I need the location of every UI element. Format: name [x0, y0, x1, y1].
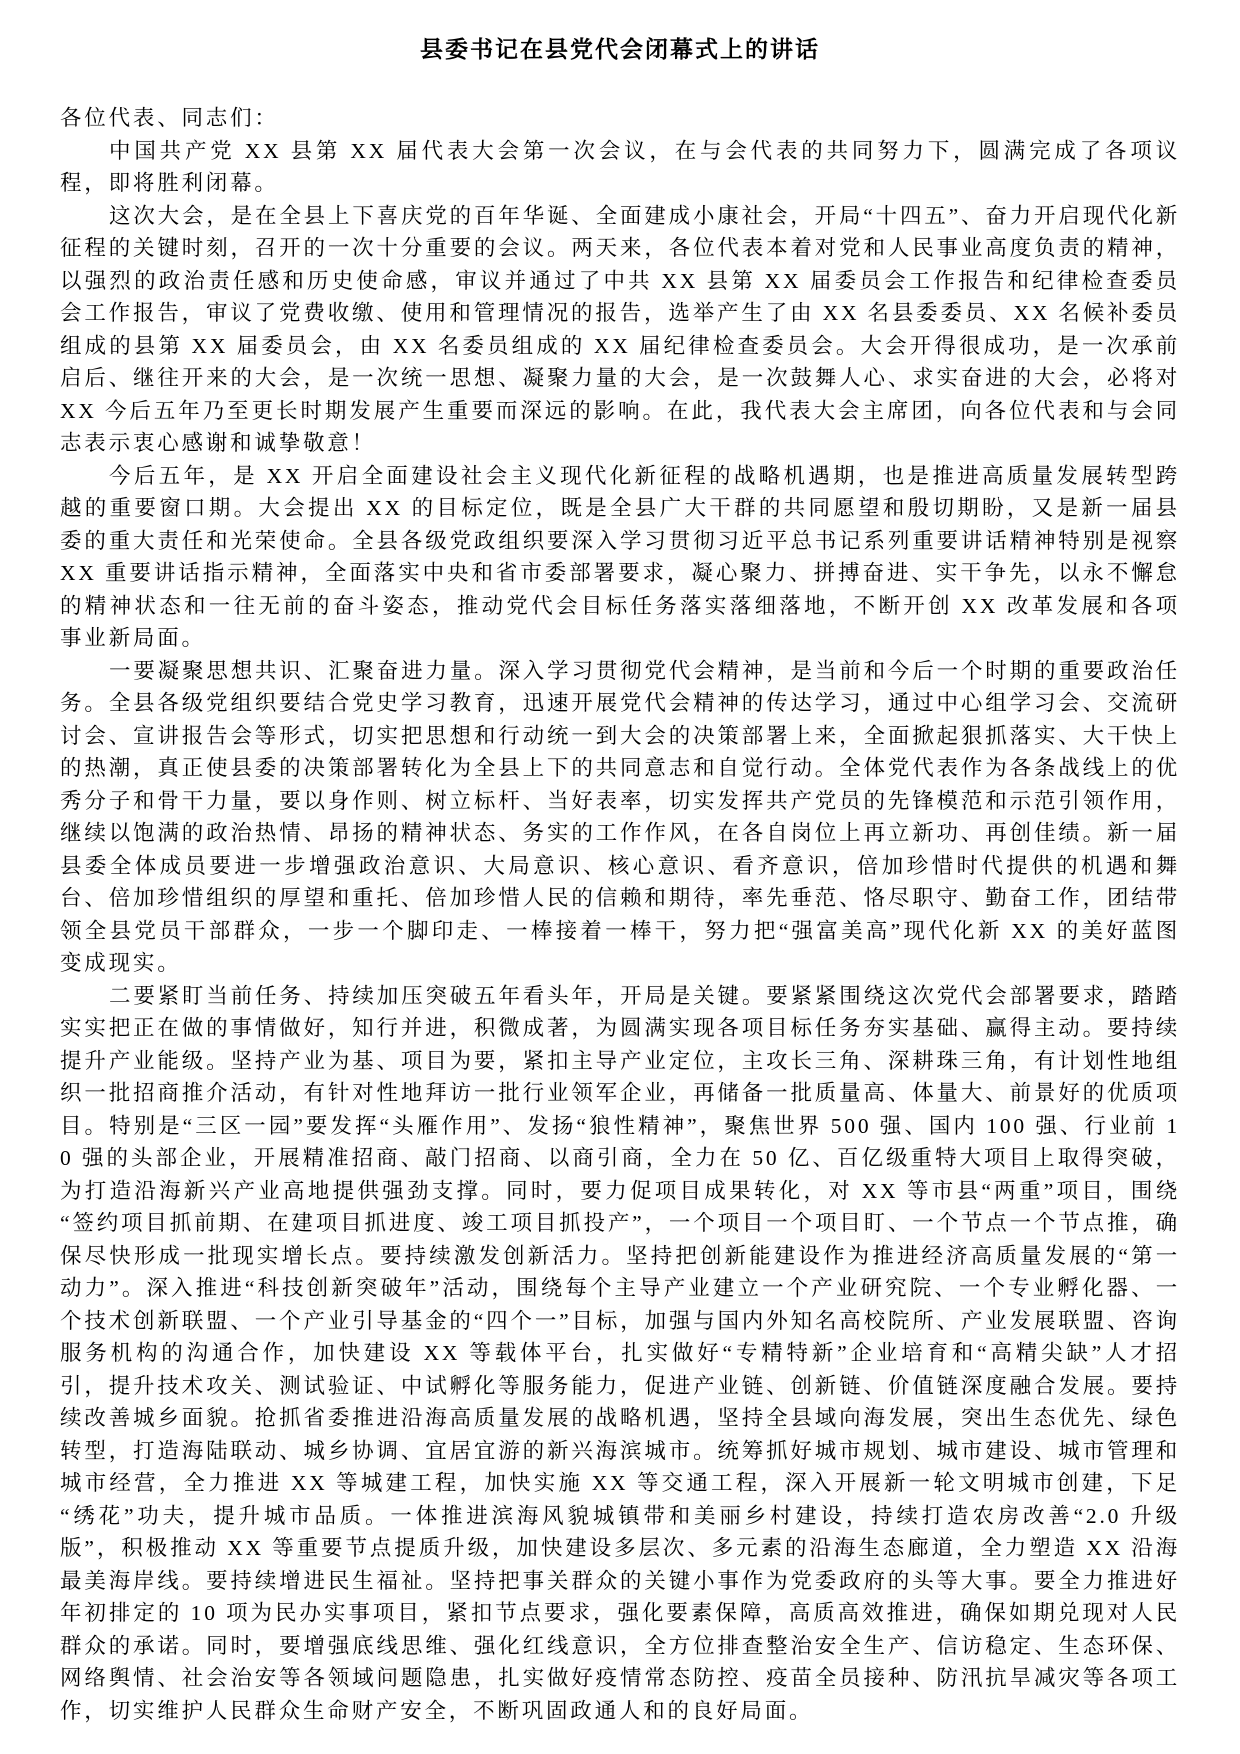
paragraph: 二要紧盯当前任务、持续加压突破五年看头年，开局是关键。要紧紧围绕这次党代会部署要…: [60, 980, 1180, 1728]
paragraph: 这次大会，是在全县上下喜庆党的百年华诞、全面建成小康社会，开局“十四五”、奋力开…: [60, 200, 1180, 460]
paragraph: 今后五年，是 XX 开启全面建设社会主义现代化新征程的战略机遇期，也是推进高质量…: [60, 460, 1180, 655]
document-title: 县委书记在县党代会闭幕式上的讲话: [60, 34, 1180, 66]
salutation-paragraph: 各位代表、同志们：: [60, 102, 1180, 135]
paragraph: 中国共产党 XX 县第 XX 届代表大会第一次会议，在与会代表的共同努力下，圆满…: [60, 135, 1180, 200]
document-page: 县委书记在县党代会闭幕式上的讲话 各位代表、同志们： 中国共产党 XX 县第 X…: [0, 0, 1240, 1754]
document-body: 各位代表、同志们： 中国共产党 XX 县第 XX 届代表大会第一次会议，在与会代…: [60, 102, 1180, 1727]
paragraph: 一要凝聚思想共识、汇聚奋进力量。深入学习贯彻党代会精神，是当前和今后一个时期的重…: [60, 655, 1180, 980]
